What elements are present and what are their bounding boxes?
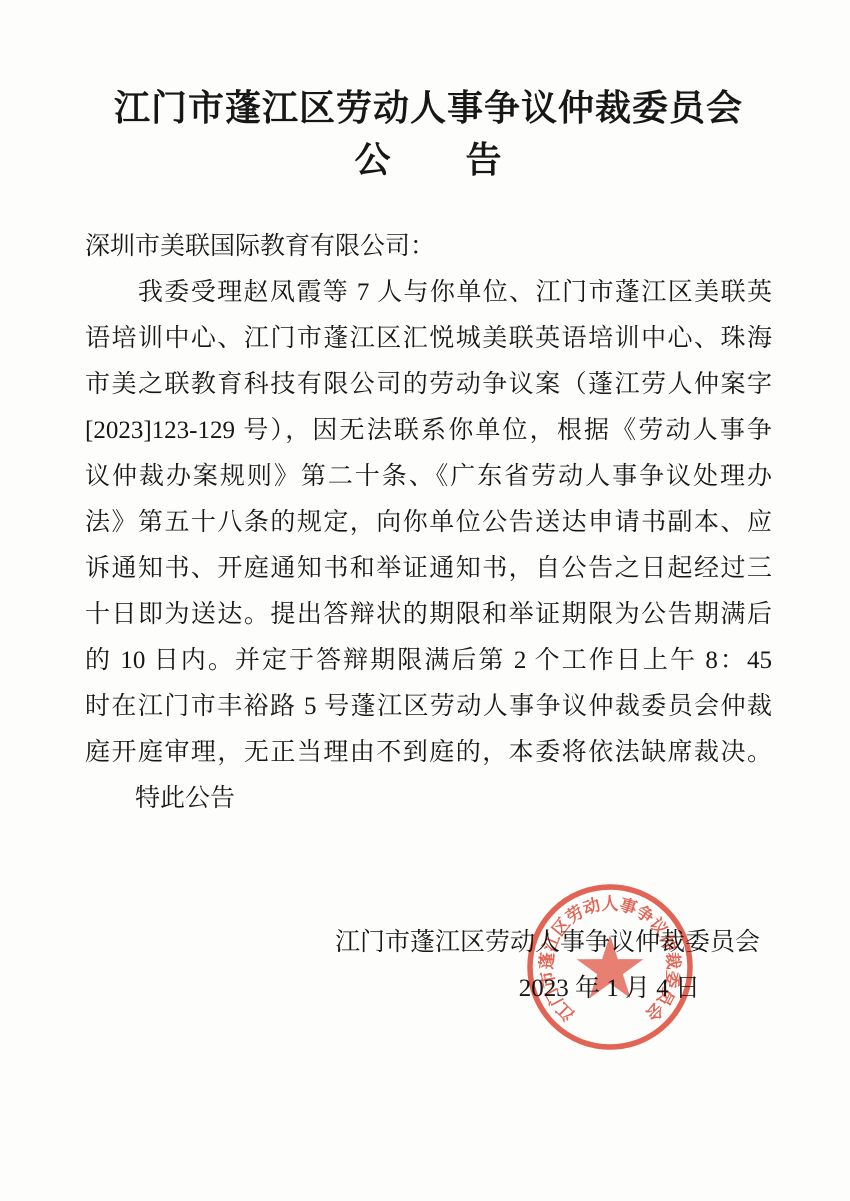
signature-committee-name: 江门市蓬江区劳动人事争议仲裁委员会 <box>85 920 772 966</box>
body-line: 市美之联教育科技有限公司的劳动争议案（蓬江劳人仲案字 <box>85 362 772 408</box>
notice-title-block: 江门市蓬江区劳动人事争议仲裁委员会 公 告 <box>85 82 772 186</box>
signature-block: 江门市蓬江区劳动人事争议仲裁委员会 2023 年 1 月 4 日 <box>85 920 772 1012</box>
body-line: 诉通知书、开庭通知书和举证通知书，自公告之日起经过三 <box>85 546 772 592</box>
body-line: 的 10 日内。并定于答辩期限满后第 2 个工作日上午 8：45 <box>85 638 772 684</box>
body-line: 法》第五十八条的规定，向你单位公告送达申请书副本、应 <box>85 500 772 546</box>
body-line: 时在江门市丰裕路 5 号蓬江区劳动人事争议仲裁委员会仲裁 <box>85 684 772 730</box>
body-line: 十日即为送达。提出答辩状的期限和举证期限为公告期满后 <box>85 592 772 638</box>
notice-content: 江门市蓬江区劳动人事争议仲裁委员会 公 告 深圳市美联国际教育有限公司： 我委受… <box>85 0 772 1012</box>
notice-body: 深圳市美联国际教育有限公司： 我委受理赵凤霞等 7 人与你单位、江门市蓬江区美联… <box>85 224 772 822</box>
closing-line: 特此公告 <box>85 776 772 822</box>
notice-paragraph: 我委受理赵凤霞等 7 人与你单位、江门市蓬江区美联英语培训中心、江门市蓬江区汇悦… <box>85 270 772 776</box>
notice-title-committee: 江门市蓬江区劳动人事争议仲裁委员会 <box>85 82 772 134</box>
body-line: [2023]123-129 号），因无法联系你单位，根据《劳动人事争 <box>85 408 772 454</box>
body-line: 我委受理赵凤霞等 7 人与你单位、江门市蓬江区美联英 <box>85 270 772 316</box>
notice-title-gonggao: 公 告 <box>85 134 772 186</box>
body-line: 庭开庭审理，无正当理由不到庭的，本委将依法缺席裁决。 <box>85 730 772 776</box>
scanned-notice-page: 江门市蓬江区劳动人事争议仲裁委员会 公 告 深圳市美联国际教育有限公司： 我委受… <box>0 0 850 1201</box>
body-line: 语培训中心、江门市蓬江区汇悦城美联英语培训中心、珠海 <box>85 316 772 362</box>
signature-date: 2023 年 1 月 4 日 <box>85 966 772 1012</box>
addressee-line: 深圳市美联国际教育有限公司： <box>85 224 772 270</box>
body-line: 议仲裁办案规则》第二十条、《广东省劳动人事争议处理办 <box>85 454 772 500</box>
